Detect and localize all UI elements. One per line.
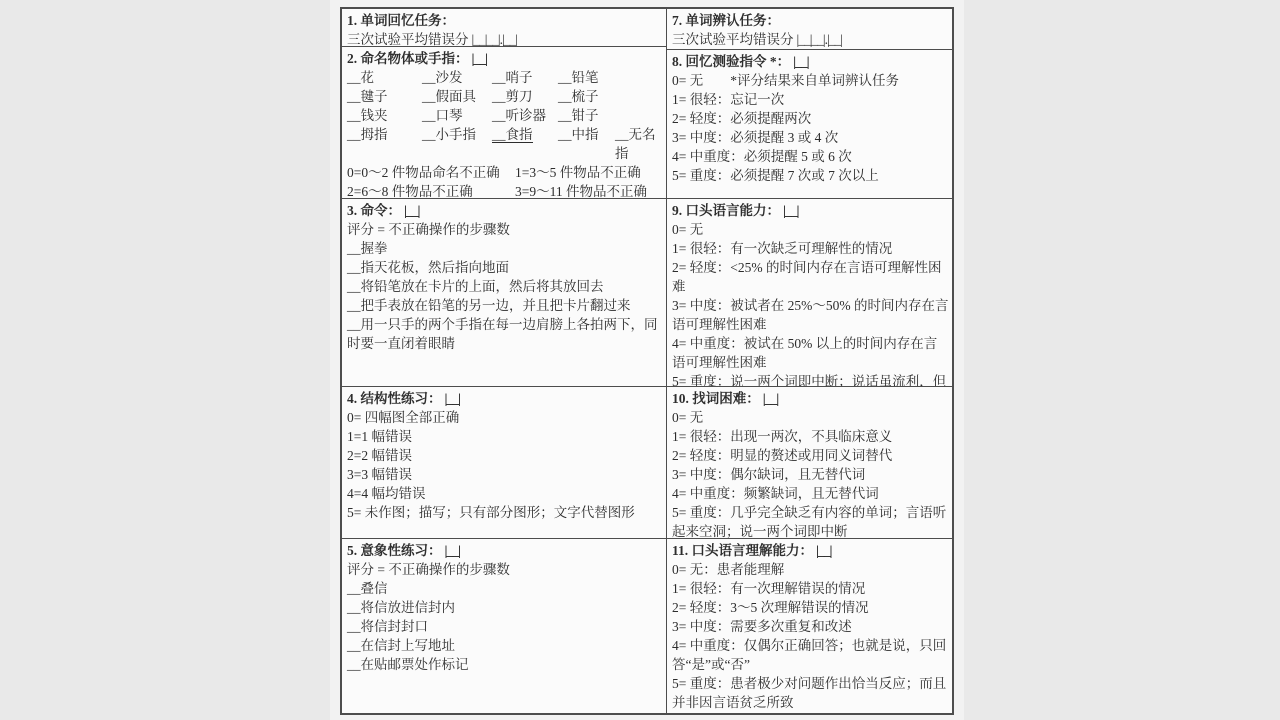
score-entry-box: |__|__|.|__| [469, 32, 517, 47]
checklist-item: __毽子 [347, 87, 422, 106]
option-line: 1= 很轻：出现一两次，不具临床意义 [672, 427, 949, 446]
option-line: 评分 = 不正确操作的步骤数 [347, 220, 663, 239]
option-line: 5= 未作图；描写；只有部分图形；文字代替图形 [347, 503, 663, 522]
checklist-item-text: __毽子 [347, 89, 388, 104]
checklist-item-text: __中指 [558, 127, 599, 142]
option-line: 2= 轻度：3～5 次理解错误的情况 [672, 598, 949, 617]
form-column-right: 7. 单词辨认任务：三次试验平均错误分|__|__|.|__|8. 回忆测验指令… [667, 9, 952, 713]
section-title-text: 9. 口头语言能力： [672, 203, 780, 218]
section-title-text: 4. 结构性练习： [347, 391, 442, 406]
checklist-item: __哨子 [492, 68, 558, 87]
option-line: 0= 无 [672, 408, 949, 427]
option-line: 3= 中度：必须提醒 3 或 4 次 [672, 128, 949, 147]
option-line: 2= 轻度：必须提醒两次 [672, 109, 949, 128]
section-title: 5. 意象性练习：|__| [347, 541, 663, 560]
section-9: 9. 口头语言能力：|__|0= 无1= 很轻：有一次缺乏可理解性的情况2= 轻… [667, 199, 952, 387]
checklist-item-text: __假面具 [422, 89, 476, 104]
checklist-item-text: __钱夹 [347, 108, 388, 123]
section-title-text: 7. 单词辨认任务： [672, 13, 780, 28]
checklist-item: __口琴 [422, 106, 492, 125]
section-title-text: 3. 命令： [347, 203, 401, 218]
checklist-item-text: __哨子 [492, 70, 533, 85]
option-line: 4= 中重度：频繁缺词，且无替代词 [672, 484, 949, 503]
option-line: 4=4 幅均错误 [347, 484, 663, 503]
option-line: 0= 四幅图全部正确 [347, 408, 663, 427]
score-entry-box: |__| [442, 543, 460, 558]
section-title-text: 2. 命名物体或手指： [347, 51, 469, 66]
section-8: 8. 回忆测验指令 *：|__|0= 无 *评分结果来自单词辨认任务1= 很轻：… [667, 50, 952, 199]
score-entry-box: |__| [401, 203, 419, 218]
section-title: 4. 结构性练习：|__| [347, 389, 663, 408]
option-line: 1=1 幅错误 [347, 427, 663, 446]
checklist-item-text: __花 [347, 70, 374, 85]
score-entry-box: |__| [442, 391, 460, 406]
section-4: 4. 结构性练习：|__|0= 四幅图全部正确1=1 幅错误2=2 幅错误3=3… [342, 387, 666, 539]
checklist-item-text: __钳子 [558, 108, 599, 123]
checklist-item: __花 [347, 68, 422, 87]
section-title-text: 5. 意象性练习： [347, 543, 442, 558]
checklist-item-text: __剪刀 [492, 89, 533, 104]
section-title: 10. 找词困难：|__| [672, 389, 949, 408]
option-line: 1= 很轻：有一次缺乏可理解性的情况 [672, 239, 949, 258]
option-line: __叠信 [347, 579, 663, 598]
scoring-key-option: 3=9～11 件物品不正确 [515, 182, 663, 199]
checklist-item-text: __听诊器 [492, 108, 546, 123]
checklist-item: __听诊器 [492, 106, 558, 125]
naming-items-row: __拇指__小手指__食指__中指__无名指 [347, 125, 663, 163]
checklist-item: __钳子 [558, 106, 615, 125]
section-3: 3. 命令：|__|评分 = 不正确操作的步骤数__握拳__指天花板，然后指向地… [342, 199, 666, 387]
option-line: 5= 重度：说一两个词即中断；说话虽流利，但内容空洞；缄默 [672, 372, 949, 387]
score-entry-box: |__|__|.|__| [794, 32, 842, 47]
section-10: 10. 找词困难：|__|0= 无1= 很轻：出现一两次，不具临床意义2= 轻度… [667, 387, 952, 539]
option-line: __将信放进信封内 [347, 598, 663, 617]
option-line: 0= 无：患者能理解 [672, 560, 949, 579]
option-line: 4= 中重度：仅偶尔正确回答；也就是说，只回答“是”或“否” [672, 636, 949, 674]
naming-items-row: __花__沙发__哨子__铅笔 [347, 68, 663, 87]
score-line: 三次试验平均错误分|__|__|.|__| [672, 30, 949, 49]
option-line: 2= 轻度：明显的赘述或用同义词替代 [672, 446, 949, 465]
checklist-item: __小手指 [422, 125, 492, 163]
section-title-text: 10. 找词困难： [672, 391, 760, 406]
option-line: __将铅笔放在卡片的上面，然后将其放回去 [347, 277, 663, 296]
checklist-item-text: __铅笔 [558, 70, 599, 85]
section-1: 1. 单词回忆任务：三次试验平均错误分|__|__|.|__| [342, 9, 666, 47]
section-title: 1. 单词回忆任务： [347, 11, 663, 30]
score-line: 三次试验平均错误分|__|__|.|__| [347, 30, 663, 47]
score-entry-box: |__| [469, 51, 487, 66]
scoring-key-row: 2=6～8 件物品不正确3=9～11 件物品不正确 [347, 182, 663, 199]
section-title: 7. 单词辨认任务： [672, 11, 949, 30]
section-11: 11. 口头语言理解能力：|__|0= 无：患者能理解1= 很轻：有一次理解错误… [667, 539, 952, 714]
checklist-item-text: __口琴 [422, 108, 463, 123]
checklist-item: __假面具 [422, 87, 492, 106]
option-line: 4= 中重度：被试在 50% 以上的时间内存在言语可理解性困难 [672, 334, 949, 372]
naming-items-row: __钱夹__口琴__听诊器__钳子 [347, 106, 663, 125]
option-line: 1= 很轻：有一次理解错误的情况 [672, 579, 949, 598]
score-entry-box: |__| [760, 391, 778, 406]
form-column-left: 1. 单词回忆任务：三次试验平均错误分|__|__|.|__|2. 命名物体或手… [342, 9, 667, 713]
option-line: 2=2 幅错误 [347, 446, 663, 465]
checklist-item: __无名指 [615, 125, 663, 163]
option-line: 0= 无 *评分结果来自单词辨认任务 [672, 71, 949, 90]
option-line: __在信封上写地址 [347, 636, 663, 655]
option-line: 0= 无 [672, 220, 949, 239]
scoring-key-option: 2=6～8 件物品不正确 [347, 182, 515, 199]
checklist-item: __铅笔 [558, 68, 615, 87]
section-title: 11. 口头语言理解能力：|__| [672, 541, 949, 560]
option-line: 3=3 幅错误 [347, 465, 663, 484]
option-line: __握拳 [347, 239, 663, 258]
section-title-text: 8. 回忆测验指令 *： [672, 54, 790, 69]
option-line: 评分 = 不正确操作的步骤数 [347, 560, 663, 579]
option-line: __将信封封口 [347, 617, 663, 636]
section-title-text: 11. 口头语言理解能力： [672, 543, 813, 558]
checklist-item: __剪刀 [492, 87, 558, 106]
checklist-item-text: __食指 [492, 127, 533, 143]
checklist-item-text: __梳子 [558, 89, 599, 104]
checklist-item: __梳子 [558, 87, 615, 106]
score-line-label: 三次试验平均错误分 [672, 32, 794, 47]
option-line: __在贴邮票处作标记 [347, 655, 663, 674]
option-line: 1= 很轻：忘记一次 [672, 90, 949, 109]
score-entry-box: |__| [780, 203, 798, 218]
checklist-item-text: __小手指 [422, 127, 476, 142]
scoring-key-option: 1=3～5 件物品不正确 [515, 163, 663, 182]
scoring-key-row: 0=0～2 件物品命名不正确1=3～5 件物品不正确 [347, 163, 663, 182]
checklist-item-text: __沙发 [422, 70, 463, 85]
assessment-form-table: 1. 单词回忆任务：三次试验平均错误分|__|__|.|__|2. 命名物体或手… [340, 7, 954, 715]
checklist-item-text: __无名指 [615, 127, 656, 161]
option-line: 3= 中度：被试者在 25%～50% 的时间内存在言语可理解性困难 [672, 296, 949, 334]
checklist-item: __钱夹 [347, 106, 422, 125]
option-line: 4= 中重度：必须提醒 5 或 6 次 [672, 147, 949, 166]
checklist-item: __中指 [558, 125, 615, 163]
option-line: __指天花板，然后指向地面 [347, 258, 663, 277]
section-title: 8. 回忆测验指令 *：|__| [672, 52, 949, 71]
checklist-item: __食指 [492, 125, 558, 163]
section-title: 3. 命令：|__| [347, 201, 663, 220]
checklist-item-text: __拇指 [347, 127, 388, 142]
option-line: 3= 中度：偶尔缺词，且无替代词 [672, 465, 949, 484]
option-line: 2= 轻度：<25% 的时间内存在言语可理解性困难 [672, 258, 949, 296]
section-2: 2. 命名物体或手指：|__|__花__沙发__哨子__铅笔__毽子__假面具_… [342, 47, 666, 199]
option-line: 3= 中度：需要多次重复和改述 [672, 617, 949, 636]
option-line: 5= 重度：必须提醒 7 次或 7 次以上 [672, 166, 949, 185]
checklist-item: __沙发 [422, 68, 492, 87]
checklist-item: __拇指 [347, 125, 422, 163]
scoring-key-option: 0=0～2 件物品命名不正确 [347, 163, 515, 182]
section-7: 7. 单词辨认任务：三次试验平均错误分|__|__|.|__| [667, 9, 952, 50]
score-entry-box: |__| [790, 54, 808, 69]
score-line-label: 三次试验平均错误分 [347, 32, 469, 47]
option-line: 5= 重度：几乎完全缺乏有内容的单词；言语听起来空洞；说一两个词即中断 [672, 503, 949, 539]
option-line: __用一只手的两个手指在每一边肩膀上各拍两下，同时要一直闭着眼睛 [347, 315, 663, 353]
section-5: 5. 意象性练习：|__|评分 = 不正确操作的步骤数__叠信__将信放进信封内… [342, 539, 666, 714]
option-line: 5= 重度：患者极少对问题作出恰当反应；而且并非因言语贫乏所致 [672, 674, 949, 712]
section-title: 9. 口头语言能力：|__| [672, 201, 949, 220]
option-line: __把手表放在铅笔的另一边，并且把卡片翻过来 [347, 296, 663, 315]
section-title: 2. 命名物体或手指：|__| [347, 49, 663, 68]
naming-items-row: __毽子__假面具__剪刀__梳子 [347, 87, 663, 106]
section-title-text: 1. 单词回忆任务： [347, 13, 455, 28]
score-entry-box: |__| [813, 543, 831, 558]
